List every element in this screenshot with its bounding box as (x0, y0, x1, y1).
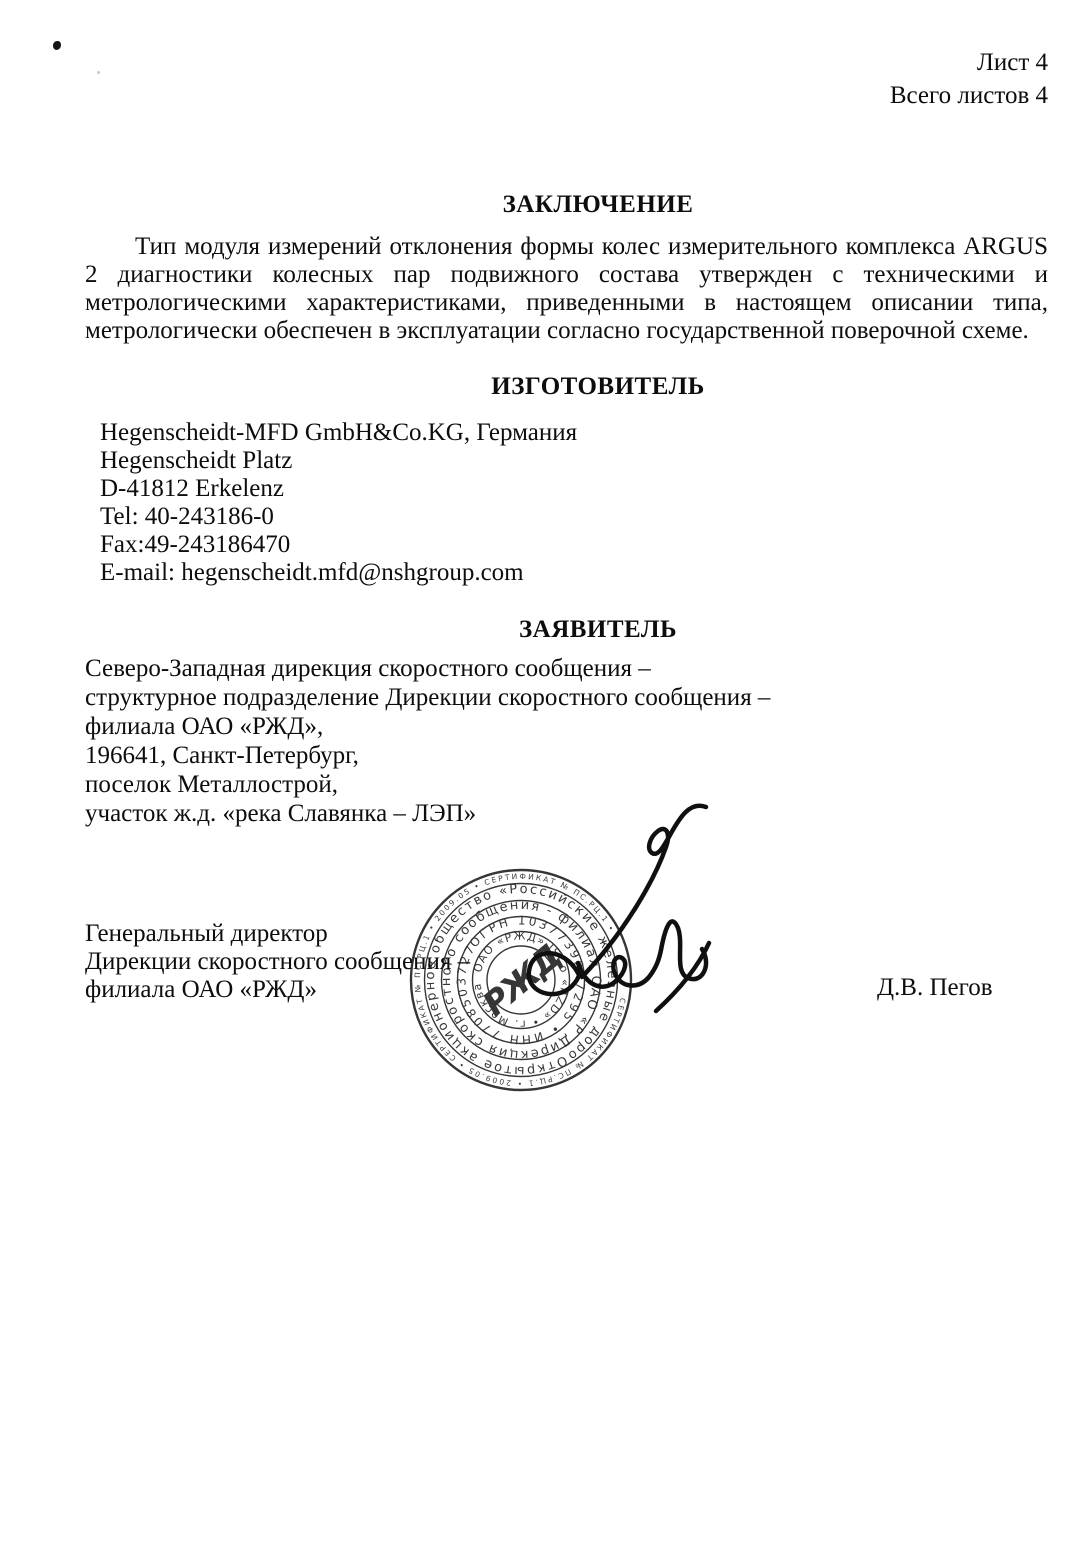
manufacturer-line: E-mail: hegenscheidt.mfd@nshgroup.com (100, 559, 577, 587)
faint-speck (97, 71, 100, 74)
applicant-line: Северо-Западная дирекция скоростного соо… (85, 654, 770, 683)
page-numbering: Лист 4 Всего листов 4 (890, 46, 1048, 112)
ink-speck (53, 41, 61, 50)
applicant-line: филиала ОАО «РЖД», (85, 712, 770, 741)
manufacturer-line: Hegenscheidt-MFD GmbH&Co.KG, Германия (100, 419, 577, 447)
signer-name: Д.В. Пегов (877, 974, 993, 1002)
signature-icon (520, 795, 740, 1025)
manufacturer-line: Fax:49-243186470 (100, 531, 577, 559)
applicant-line: 196641, Санкт-Петербург, (85, 741, 770, 770)
conclusion-heading: ЗАКЛЮЧЕНИЕ (503, 191, 694, 219)
manufacturer-line: D-41812 Erkelenz (100, 475, 577, 503)
conclusion-paragraph: Тип модуля измерений отклонения формы ко… (85, 233, 1048, 345)
sheet-number: Лист 4 (890, 46, 1048, 79)
applicant-heading: ЗАЯВИТЕЛЬ (519, 616, 677, 644)
manufacturer-line: Hegenscheidt Platz (100, 447, 577, 475)
manufacturer-address: Hegenscheidt-MFD GmbH&Co.KG, Германия He… (100, 419, 577, 587)
total-sheets: Всего листов 4 (890, 79, 1048, 112)
signature-strokes (529, 806, 709, 1011)
applicant-line: структурное подразделение Дирекции скоро… (85, 683, 770, 712)
manufacturer-heading: ИЗГОТОВИТЕЛЬ (491, 373, 704, 401)
document-page: Лист 4 Всего листов 4 ЗАКЛЮЧЕНИЕ Тип мод… (0, 0, 1092, 1560)
manufacturer-line: Tel: 40-243186-0 (100, 503, 577, 531)
